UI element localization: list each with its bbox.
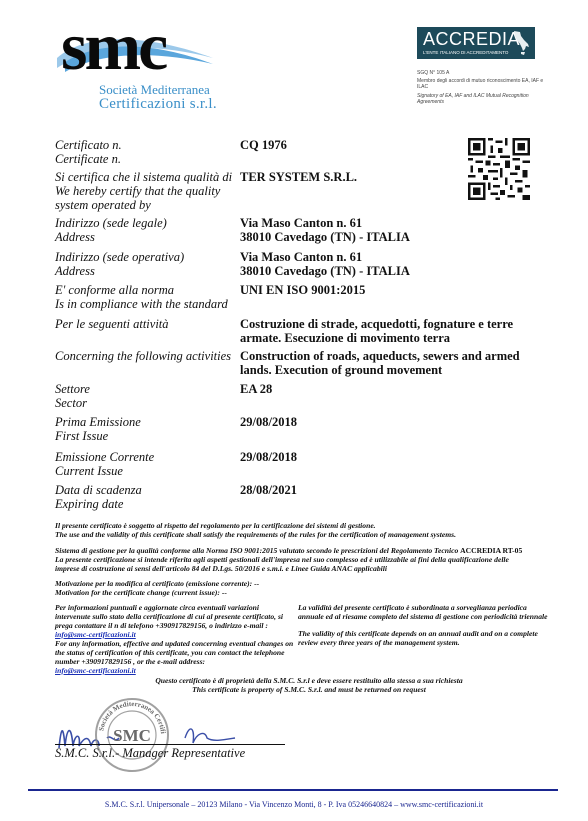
motivation-en: Motivation for the certificate change (c…: [55, 588, 227, 597]
info-block: Per informazioni puntuali e aggiornate c…: [55, 603, 295, 675]
italy-map-icon: [511, 30, 531, 56]
field-label: Per le seguenti attività: [55, 317, 235, 331]
signature-caption: S.M.C. S.r.l.- Manager Representative: [55, 746, 245, 761]
field-label-it: Si certifica che il sistema qualità di: [55, 170, 235, 184]
company-stamp-icon: Società Mediterranea Certificazioni SMC: [93, 696, 171, 774]
rules-note-it: Il presente certificato è soggetto al ri…: [55, 521, 376, 530]
field-value: Costruzione di strade, acquedotti, fogna…: [240, 317, 513, 345]
field-label-it: Indirizzo (sede operativa): [55, 250, 235, 264]
field-label: Indirizzo (sede legale)Address: [55, 216, 235, 244]
field-value-line: UNI EN ISO 9001:2015: [240, 283, 365, 297]
qr-code-icon[interactable]: [468, 138, 530, 200]
system-note-prefix: Sistema di gestione per la qualità confo…: [55, 546, 460, 555]
field-label: Emissione CorrenteCurrent Issue: [55, 450, 235, 478]
system-note-line2: La presente certificazione si intende ri…: [55, 555, 509, 564]
field-label-it: Settore: [55, 382, 235, 396]
field-label-it: Data di scadenza: [55, 483, 235, 497]
field-label-en: Expiring date: [55, 497, 235, 511]
info-en: For any information, effective and updat…: [55, 639, 295, 666]
field-label: Certificato n.Certificate n.: [55, 138, 235, 166]
field-label-en: We hereby certify that the quality syste…: [55, 184, 235, 212]
field-value-line: Construction of roads, aqueducts, sewers…: [240, 349, 520, 363]
field-value-line: CQ 1976: [240, 138, 287, 152]
stamp-center: SMC: [113, 726, 151, 745]
field-value-line: 38010 Cavedago (TN) - ITALIA: [240, 264, 410, 278]
accredia-notes: SGQ N° 105 A Membro degli accordi di mut…: [417, 70, 547, 105]
info-it: Per informazioni puntuali e aggiornate c…: [55, 603, 295, 630]
accredia-member-note: Membro degli accordi di mutuo riconoscim…: [417, 78, 547, 90]
field-value-line: Via Maso Canton n. 61: [240, 250, 410, 264]
field-value-line: lands. Execution of ground movement: [240, 363, 520, 377]
validity-block: La validità del presente certificato è s…: [298, 603, 548, 647]
accredia-signatory-note: Signatory of EA, IAF and ILAC Mutual Rec…: [417, 93, 547, 105]
field-value-line: 29/08/2018: [240, 415, 297, 429]
field-label: E' conforme alla normaIs in compliance w…: [55, 283, 235, 311]
field-value-line: TER SYSTEM S.R.L.: [240, 170, 357, 184]
field-value: CQ 1976: [240, 138, 287, 152]
field-value: Construction of roads, aqueducts, sewers…: [240, 349, 520, 377]
field-label-it: Indirizzo (sede legale): [55, 216, 235, 230]
field-label-en: Is in compliance with the standard: [55, 297, 235, 311]
field-value: UNI EN ISO 9001:2015: [240, 283, 365, 297]
field-value: 29/08/2018: [240, 415, 297, 429]
field-label-it: Per le seguenti attività: [55, 317, 235, 331]
field-value-line: Via Maso Canton n. 61: [240, 216, 410, 230]
field-value: EA 28: [240, 382, 272, 396]
field-value-line: 38010 Cavedago (TN) - ITALIA: [240, 230, 410, 244]
field-label: Data di scadenzaExpiring date: [55, 483, 235, 511]
field-label-en: Address: [55, 230, 235, 244]
validity-en: The validity of this certificate depends…: [298, 629, 548, 647]
field-label-en: Certificate n.: [55, 152, 235, 166]
smc-logo-line2: Certificazioni s.r.l.: [99, 96, 217, 113]
footer-divider: [28, 789, 558, 791]
field-value-line: Costruzione di strade, acquedotti, fogna…: [240, 317, 513, 331]
field-value: Via Maso Canton n. 6138010 Cavedago (TN)…: [240, 250, 410, 278]
field-value-line: armate. Esecuzione di movimento terra: [240, 331, 513, 345]
field-label-it: Prima Emissione: [55, 415, 235, 429]
accredia-code: SGQ N° 105 A: [417, 70, 547, 76]
motivation-it: Motivazione per la modifica al certifica…: [55, 579, 259, 588]
field-label: Prima EmissioneFirst Issue: [55, 415, 235, 443]
field-label-en: First Issue: [55, 429, 235, 443]
accredia-title: ACCREDIA: [423, 29, 520, 50]
field-label-en: Address: [55, 264, 235, 278]
field-label: SettoreSector: [55, 382, 235, 410]
field-value-line: 29/08/2018: [240, 450, 297, 464]
field-value: 29/08/2018: [240, 450, 297, 464]
field-label: Indirizzo (sede operativa)Address: [55, 250, 235, 278]
email-link-en[interactable]: info@smc-certificazioni.it: [55, 666, 295, 675]
email-link-it[interactable]: info@smc-certificazioni.it: [55, 630, 295, 639]
accredia-subtitle: L'ENTE ITALIANO DI ACCREDITAMENTO: [423, 50, 508, 55]
field-label: Concerning the following activities: [55, 349, 235, 363]
rules-note-en: The use and the validity of this certifi…: [55, 530, 456, 539]
validity-it: La validità del presente certificato è s…: [298, 603, 548, 621]
accredia-logo: ACCREDIA L'ENTE ITALIANO DI ACCREDITAMEN…: [417, 27, 535, 59]
smc-logo-letters: smc: [61, 12, 165, 80]
system-note: Sistema di gestione per la qualità confo…: [55, 546, 575, 555]
field-label-it: Emissione Corrente: [55, 450, 235, 464]
system-note-line3: imprese di costruzione ai sensi dell'art…: [55, 564, 387, 573]
field-label: Si certifica che il sistema qualità diWe…: [55, 170, 235, 212]
field-value: Via Maso Canton n. 6138010 Cavedago (TN)…: [240, 216, 410, 244]
system-note-bold: ACCREDIA RT-05: [460, 546, 522, 555]
field-value: 28/08/2021: [240, 483, 297, 497]
field-value-line: EA 28: [240, 382, 272, 396]
property-note-en: This certificate is property of S.M.C. S…: [0, 685, 588, 694]
property-note-it: Questo certificato è di proprietà della …: [0, 676, 588, 685]
signature-line: [55, 744, 285, 745]
field-label-it: Concerning the following activities: [55, 349, 235, 363]
field-value: TER SYSTEM S.R.L.: [240, 170, 357, 184]
field-label-en: Sector: [55, 396, 235, 410]
field-value-line: 28/08/2021: [240, 483, 297, 497]
smc-logo: smc Società Mediterranea Certificazioni …: [55, 16, 215, 111]
field-label-en: Current Issue: [55, 464, 235, 478]
field-label-it: Certificato n.: [55, 138, 235, 152]
footer-text: S.M.C. S.r.l. Unipersonale – 20123 Milan…: [0, 800, 588, 809]
field-label-it: E' conforme alla norma: [55, 283, 235, 297]
